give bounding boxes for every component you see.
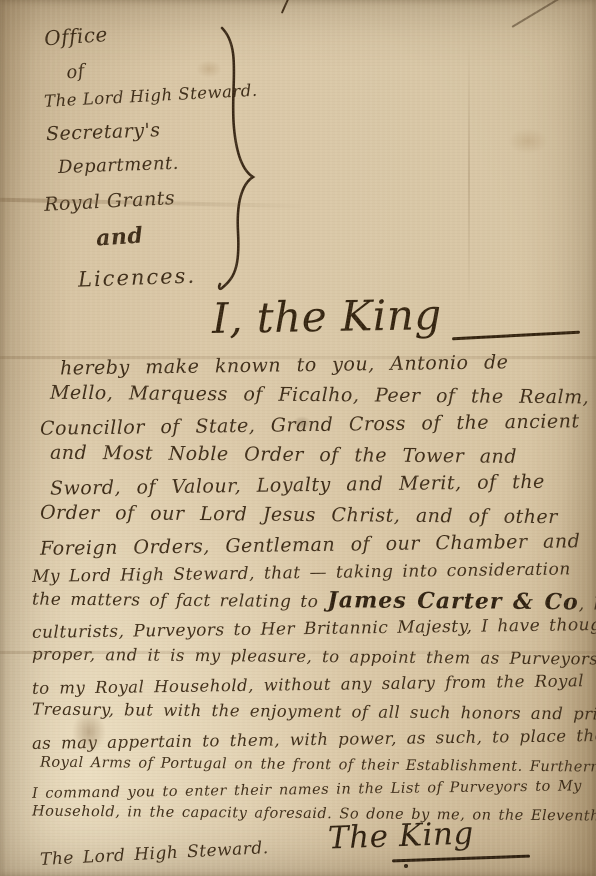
body-line: Household, in the capacity aforesaid. So… [32,800,592,829]
signature-flourish [392,855,530,862]
office-line: and [95,216,229,251]
paper-stain [508,128,548,154]
office-line: Office [43,14,229,51]
curly-brace-icon [212,26,260,292]
pen-stroke [511,0,567,28]
office-line: of [65,46,229,84]
body-line-pre: the matters of fact relating to [32,590,327,613]
signature-dot [404,864,408,868]
body-text: hereby make known to you, Antonio de Mel… [32,350,592,827]
royal-signature: The King [327,815,474,856]
office-annotation-block: Office of The Lord High Steward. Secreta… [44,20,229,289]
document-page: Office of The Lord High Steward. Secreta… [0,0,596,876]
heading-flourish [452,331,580,340]
clerk-docket: The Lord High Steward. [40,838,270,870]
office-line: Secretary's [46,117,230,145]
company-name: James Carter & Co [327,587,579,615]
office-line: Department. [58,151,230,178]
document-heading: I, the King [212,290,442,343]
office-line: Licences. [78,262,230,291]
fold-crease [468,40,470,310]
office-line: Royal Grants [44,184,230,216]
office-line: The Lord High Steward. [44,82,230,111]
pen-stroke [281,0,289,14]
